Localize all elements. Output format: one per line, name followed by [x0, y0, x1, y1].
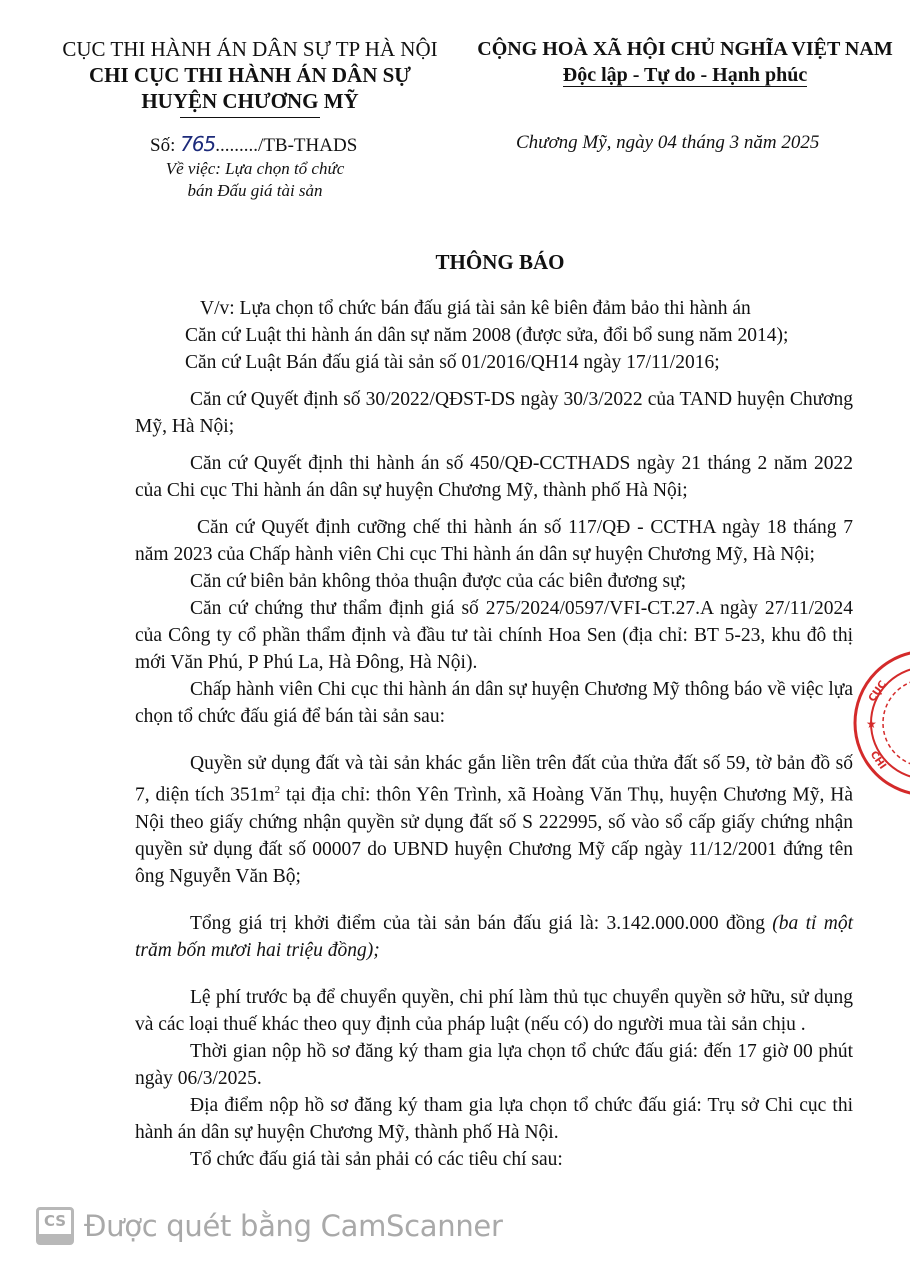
agency-line-2: CHI CỤC THI HÀNH ÁN DÂN SỰ: [30, 62, 470, 88]
number-suffix: /TB-THADS: [258, 135, 357, 156]
camscanner-watermark: CSĐược quét bằng CamScanner: [36, 1207, 503, 1245]
national-motto: Độc lập - Tự do - Hạnh phúc: [563, 64, 807, 87]
header-divider: [180, 117, 320, 118]
document-body: V/v: Lựa chọn tổ chức bán đấu giá tài sả…: [135, 295, 853, 1173]
stamp-seal-icon: ★ CỤC CHI: [852, 648, 910, 798]
basis-2: Căn cứ Luật Bán đấu giá tài sản số 01/20…: [135, 349, 853, 376]
basis-5: Căn cứ Quyết định cưỡng chế thi hành án …: [135, 514, 853, 568]
asset-description: Quyền sử dụng đất và tài sản khác gắn li…: [135, 750, 853, 890]
svg-text:CỤC: CỤC: [867, 679, 889, 704]
basis-3: Căn cứ Quyết định số 30/2022/QĐST-DS ngà…: [135, 386, 853, 440]
location-paragraph: Địa điểm nộp hồ sơ đăng ký tham gia lựa …: [135, 1092, 853, 1146]
agency-header: CỤC THI HÀNH ÁN DÂN SỰ TP HÀ NỘI CHI CỤC…: [30, 36, 470, 118]
number-dots: .........: [215, 135, 258, 156]
vv-line: V/v: Lựa chọn tổ chức bán đấu giá tài sả…: [135, 295, 853, 322]
agency-line-1: CỤC THI HÀNH ÁN DÂN SỰ TP HÀ NỘI: [30, 36, 470, 62]
subject-line-1: Về việc: Lựa chọn tổ chức: [130, 158, 380, 180]
official-stamp: ★ CỤC CHI: [852, 648, 910, 798]
basis-7: Căn cứ chứng thư thẩm định giá số 275/20…: [135, 595, 853, 676]
basis-4: Căn cứ Quyết định thi hành án số 450/QĐ-…: [135, 450, 853, 504]
price-amount: Tổng giá trị khởi điểm của tài sản bán đ…: [190, 913, 772, 934]
fees-paragraph: Lệ phí trước bạ để chuyển quyền, chi phí…: [135, 984, 853, 1038]
document-number: Số: 765........./TB-THADS: [150, 132, 357, 157]
document-title: THÔNG BÁO: [0, 250, 910, 275]
basis-1: Căn cứ Luật thi hành án dân sự năm 2008 …: [135, 322, 853, 349]
agency-line-3: HUYỆN CHƯƠNG MỸ: [30, 88, 470, 114]
deadline-paragraph: Thời gian nộp hồ sơ đăng ký tham gia lựa…: [135, 1038, 853, 1092]
criteria-paragraph: Tổ chức đấu giá tài sản phải có các tiêu…: [135, 1146, 853, 1173]
starting-price: Tổng giá trị khởi điểm của tài sản bán đ…: [135, 910, 853, 964]
place-date: Chương Mỹ, ngày 04 tháng 3 năm 2025: [516, 132, 819, 154]
basis-6: Căn cứ biên bản không thỏa thuận được củ…: [135, 568, 853, 595]
watermark-text: Được quét bằng CamScanner: [84, 1209, 503, 1243]
svg-text:★: ★: [866, 717, 877, 731]
camscanner-logo-icon: CS: [36, 1207, 74, 1245]
notice-paragraph: Chấp hành viên Chi cục thi hành án dân s…: [135, 676, 853, 730]
document-subject: Về việc: Lựa chọn tổ chức bán Đấu giá tà…: [130, 158, 380, 202]
handwritten-number: 765: [180, 132, 215, 156]
national-header: CỘNG HOÀ XÃ HỘI CHỦ NGHĨA VIỆT NAM Độc l…: [465, 36, 905, 88]
nation-name: CỘNG HOÀ XÃ HỘI CHỦ NGHĨA VIỆT NAM: [465, 36, 905, 62]
number-label: Số:: [150, 135, 180, 156]
subject-line-2: bán Đấu giá tài sản: [130, 180, 380, 202]
